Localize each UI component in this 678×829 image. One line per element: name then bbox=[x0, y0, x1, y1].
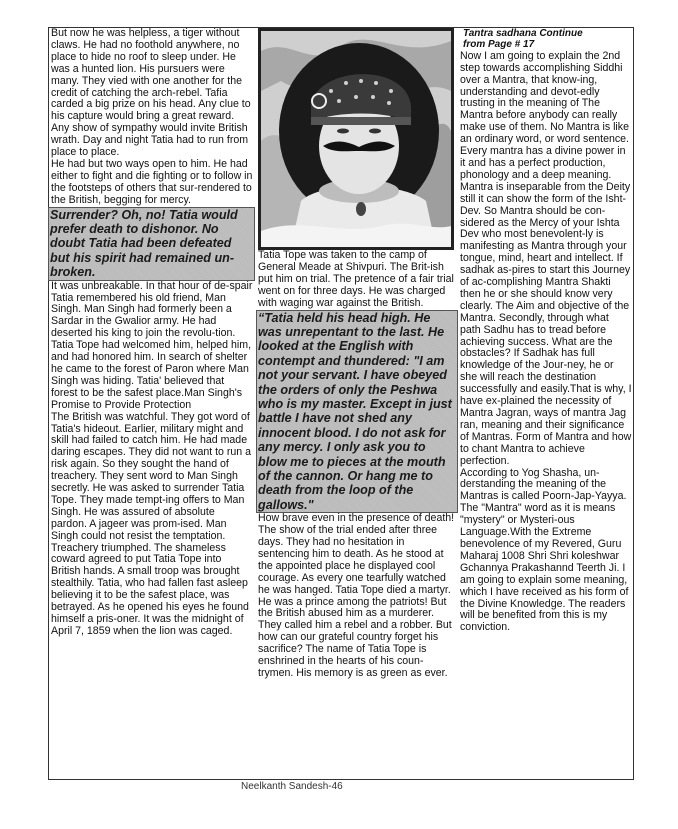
left-column: But now he was helpless, a tiger without… bbox=[51, 28, 253, 638]
portrait-image bbox=[258, 28, 454, 250]
paragraph: Now I am going to explain the 2nd step t… bbox=[460, 51, 632, 468]
portrait-illustration-icon bbox=[261, 31, 451, 247]
page-footer: Neelkanth Sandesh-46 bbox=[241, 781, 343, 792]
paragraph: The show of the trial ended after three … bbox=[258, 525, 456, 680]
paragraph: It was unbreakable. In that hour of de-s… bbox=[51, 281, 253, 412]
middle-column: Tatia Tope was taken to the camp of Gene… bbox=[258, 28, 456, 680]
paragraph: Tatia Tope was taken to the camp of Gene… bbox=[258, 250, 456, 310]
section-heading: Tantra sadhana Continue from Page # 17 bbox=[460, 28, 632, 51]
section-heading-title: Tantra sadhana Continue bbox=[463, 28, 632, 39]
paragraph: According to Yog Shasha, un-derstanding … bbox=[460, 468, 632, 635]
paragraph: The British was watchful. They got word … bbox=[51, 412, 253, 638]
right-column: Tantra sadhana Continue from Page # 17 N… bbox=[460, 28, 632, 634]
paragraph: He had but two ways open to him. He had … bbox=[51, 159, 253, 207]
pullquote: “Tatia held his head high. He was unrepe… bbox=[256, 310, 458, 514]
paragraph: But now he was helpless, a tiger without… bbox=[51, 28, 253, 159]
pullquote: Surrender? Oh, no! Tatia would prefer de… bbox=[48, 207, 255, 281]
